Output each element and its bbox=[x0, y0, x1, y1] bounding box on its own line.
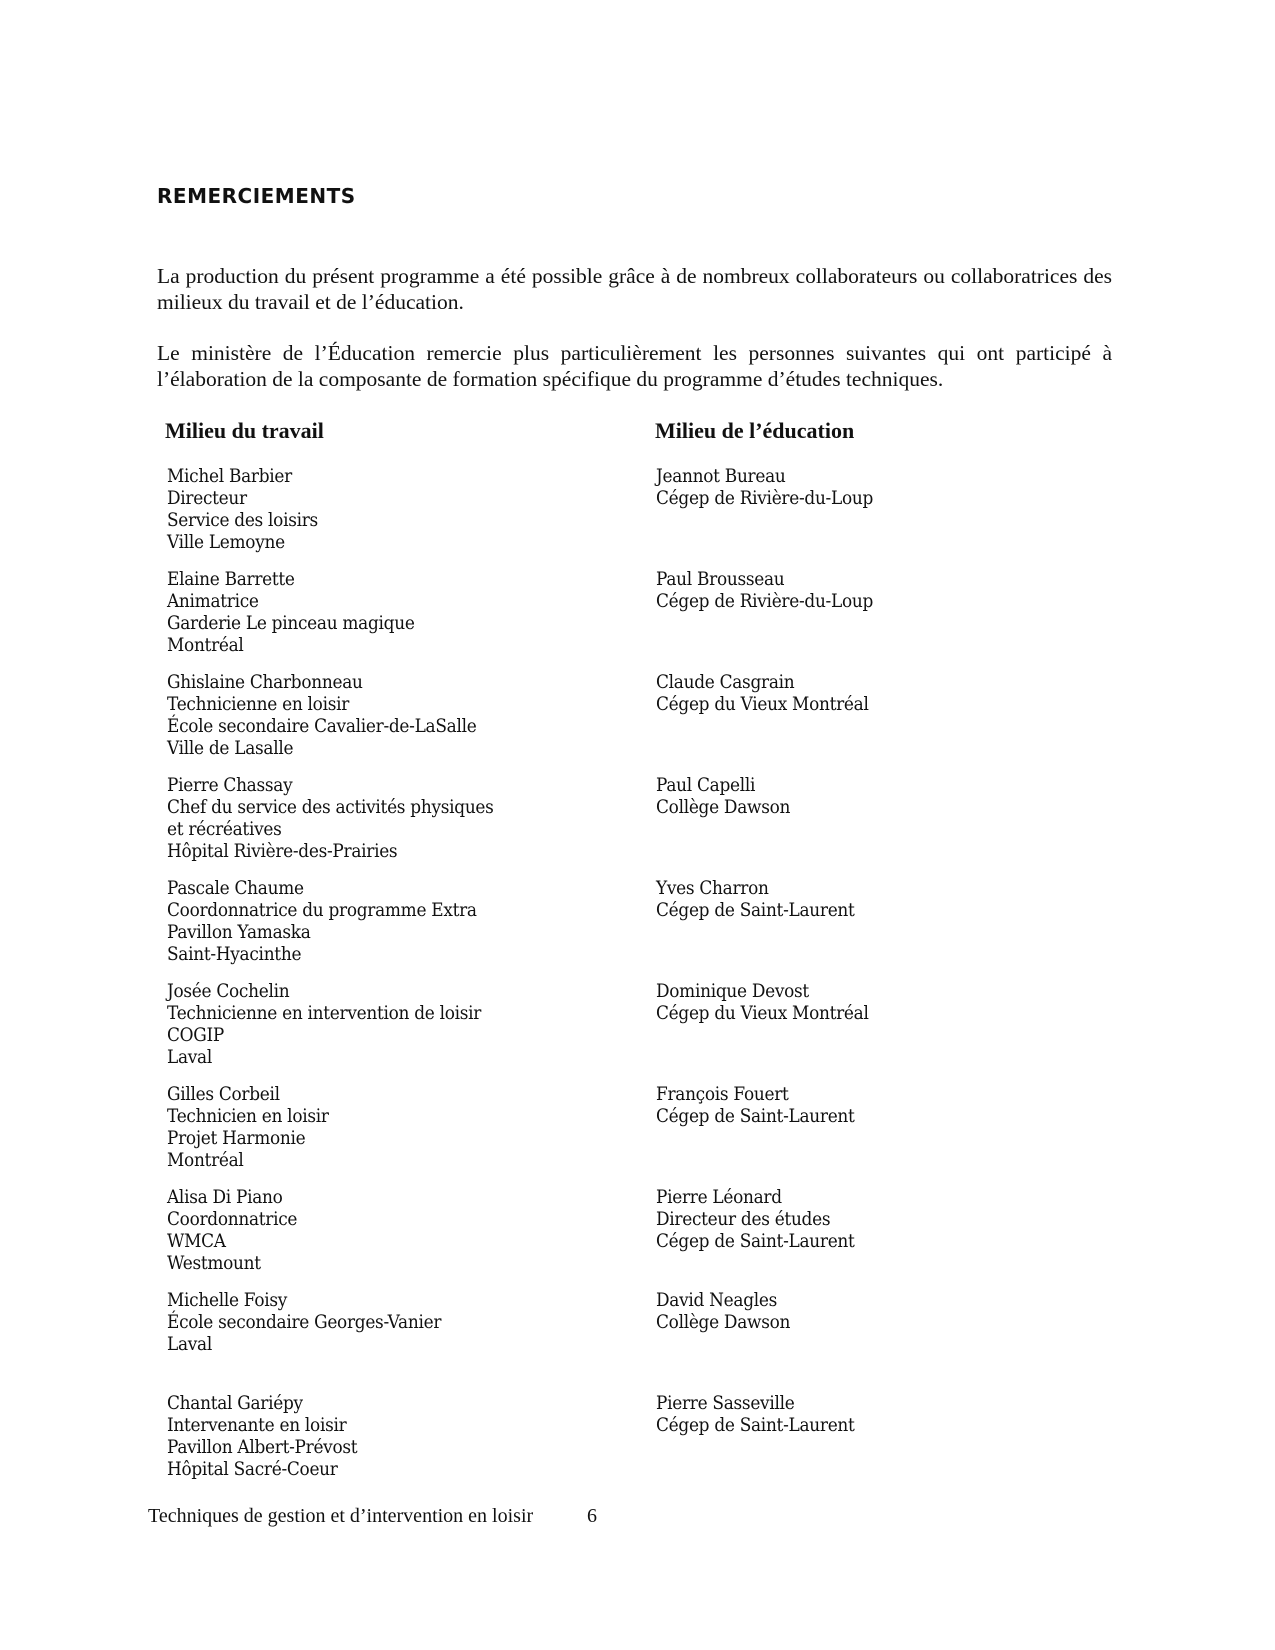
education-column-title: Milieu de l’éducation bbox=[655, 418, 854, 444]
contributor-entry: Pierre SassevilleCégep de Saint-Laurent bbox=[656, 1393, 855, 1437]
contributor-entry: Pierre LéonardDirecteur des étudesCégep … bbox=[656, 1187, 855, 1253]
contributor-entry: Paul CapelliCollège Dawson bbox=[656, 775, 790, 819]
contributor-detail: COGIP bbox=[167, 1025, 481, 1047]
contributor-name: Paul Brousseau bbox=[656, 569, 873, 591]
contributor-entry: Dominique DevostCégep du Vieux Montréal bbox=[656, 981, 869, 1025]
page-title: REMERCIEMENTS bbox=[157, 184, 356, 208]
contributor-name: Pierre Léonard bbox=[656, 1187, 855, 1209]
contributor-name: Gilles Corbeil bbox=[167, 1084, 329, 1106]
contributor-entry: Pierre ChassayChef du service des activi… bbox=[167, 775, 494, 863]
contributor-detail: Ville de Lasalle bbox=[167, 738, 476, 760]
contributor-name: Pierre Chassay bbox=[167, 775, 494, 797]
contributor-name: Pascale Chaume bbox=[167, 878, 477, 900]
contributor-detail: Cégep de Rivière-du-Loup bbox=[656, 591, 873, 613]
contributor-detail: Cégep de Saint-Laurent bbox=[656, 900, 855, 922]
contributor-detail: Intervenante en loisir bbox=[167, 1415, 357, 1437]
contributor-detail: École secondaire Cavalier-de-LaSalle bbox=[167, 716, 476, 738]
thanks-paragraph: Le ministère de l’Éducation remercie plu… bbox=[157, 340, 1112, 392]
contributor-entry: Josée CochelinTechnicienne en interventi… bbox=[167, 981, 481, 1069]
contributor-detail: Montréal bbox=[167, 635, 415, 657]
contributor-detail: Collège Dawson bbox=[656, 1312, 790, 1334]
contributor-detail: Montréal bbox=[167, 1150, 329, 1172]
contributor-entry: Pascale ChaumeCoordonnatrice du programm… bbox=[167, 878, 477, 966]
contributor-name: Chantal Gariépy bbox=[167, 1393, 357, 1415]
contributor-detail: Saint-Hyacinthe bbox=[167, 944, 477, 966]
contributor-detail: Cégep du Vieux Montréal bbox=[656, 694, 869, 716]
contributor-name: Alisa Di Piano bbox=[167, 1187, 297, 1209]
contributor-detail: Ville Lemoyne bbox=[167, 532, 318, 554]
contributor-detail: Pavillon Albert-Prévost bbox=[167, 1437, 357, 1459]
contributor-detail: École secondaire Georges-Vanier bbox=[167, 1312, 441, 1334]
contributor-name: Yves Charron bbox=[656, 878, 855, 900]
contributor-name: Paul Capelli bbox=[656, 775, 790, 797]
contributor-entry: Jeannot BureauCégep de Rivière-du-Loup bbox=[656, 466, 873, 510]
contributor-detail: Technicienne en loisir bbox=[167, 694, 476, 716]
contributor-detail: WMCA bbox=[167, 1231, 297, 1253]
contributor-detail: Westmount bbox=[167, 1253, 297, 1275]
contributor-entry: Chantal GariépyIntervenante en loisirPav… bbox=[167, 1393, 357, 1481]
workplace-column-title: Milieu du travail bbox=[165, 418, 324, 444]
contributor-detail: Cégep de Saint-Laurent bbox=[656, 1415, 855, 1437]
contributor-detail: Laval bbox=[167, 1047, 481, 1069]
contributor-name: Ghislaine Charbonneau bbox=[167, 672, 476, 694]
contributor-entry: Elaine BarretteAnimatriceGarderie Le pin… bbox=[167, 569, 415, 657]
contributor-name: Pierre Sasseville bbox=[656, 1393, 855, 1415]
contributor-name: Michel Barbier bbox=[167, 466, 318, 488]
contributor-entry: Paul BrousseauCégep de Rivière-du-Loup bbox=[656, 569, 873, 613]
contributor-detail: Coordonnatrice bbox=[167, 1209, 297, 1231]
contributor-detail: Chef du service des activités physiques bbox=[167, 797, 494, 819]
contributor-detail: Cégep du Vieux Montréal bbox=[656, 1003, 869, 1025]
contributor-entry: Gilles CorbeilTechnicien en loisirProjet… bbox=[167, 1084, 329, 1172]
intro-paragraph: La production du présent programme a été… bbox=[157, 263, 1112, 315]
contributor-name: Michelle Foisy bbox=[167, 1290, 441, 1312]
contributor-entry: Claude CasgrainCégep du Vieux Montréal bbox=[656, 672, 869, 716]
contributor-detail: Directeur des études bbox=[656, 1209, 855, 1231]
contributor-detail: et récréatives bbox=[167, 819, 494, 841]
contributor-detail: Garderie Le pinceau magique bbox=[167, 613, 415, 635]
contributor-name: Dominique Devost bbox=[656, 981, 869, 1003]
contributor-entry: Michel BarbierDirecteurService des loisi… bbox=[167, 466, 318, 554]
contributor-detail: Cégep de Saint-Laurent bbox=[656, 1106, 855, 1128]
contributor-entry: Ghislaine CharbonneauTechnicienne en loi… bbox=[167, 672, 476, 760]
contributor-detail: Hôpital Sacré-Coeur bbox=[167, 1459, 357, 1481]
contributor-name: François Fouert bbox=[656, 1084, 855, 1106]
contributor-name: Claude Casgrain bbox=[656, 672, 869, 694]
contributor-name: Jeannot Bureau bbox=[656, 466, 873, 488]
contributor-entry: Alisa Di PianoCoordonnatriceWMCAWestmoun… bbox=[167, 1187, 297, 1275]
contributor-detail: Cégep de Rivière-du-Loup bbox=[656, 488, 873, 510]
contributor-detail: Technicienne en intervention de loisir bbox=[167, 1003, 481, 1025]
contributor-detail: Directeur bbox=[167, 488, 318, 510]
contributor-entry: David NeaglesCollège Dawson bbox=[656, 1290, 790, 1334]
contributor-detail: Projet Harmonie bbox=[167, 1128, 329, 1150]
contributor-detail: Collège Dawson bbox=[656, 797, 790, 819]
page-number: 6 bbox=[587, 1505, 597, 1528]
contributor-name: Josée Cochelin bbox=[167, 981, 481, 1003]
contributor-entry: François FouertCégep de Saint-Laurent bbox=[656, 1084, 855, 1128]
contributor-detail: Pavillon Yamaska bbox=[167, 922, 477, 944]
contributor-detail: Service des loisirs bbox=[167, 510, 318, 532]
contributor-entry: Yves CharronCégep de Saint-Laurent bbox=[656, 878, 855, 922]
contributor-entry: Michelle FoisyÉcole secondaire Georges-V… bbox=[167, 1290, 441, 1356]
contributor-name: Elaine Barrette bbox=[167, 569, 415, 591]
contributor-name: David Neagles bbox=[656, 1290, 790, 1312]
contributor-detail: Hôpital Rivière-des-Prairies bbox=[167, 841, 494, 863]
contributor-detail: Cégep de Saint-Laurent bbox=[656, 1231, 855, 1253]
document-page: REMERCIEMENTS La production du présent p… bbox=[0, 0, 1275, 1650]
contributor-detail: Laval bbox=[167, 1334, 441, 1356]
contributor-detail: Technicien en loisir bbox=[167, 1106, 329, 1128]
contributor-detail: Animatrice bbox=[167, 591, 415, 613]
contributor-detail: Coordonnatrice du programme Extra bbox=[167, 900, 477, 922]
footer-title: Techniques de gestion et d’intervention … bbox=[148, 1505, 533, 1528]
